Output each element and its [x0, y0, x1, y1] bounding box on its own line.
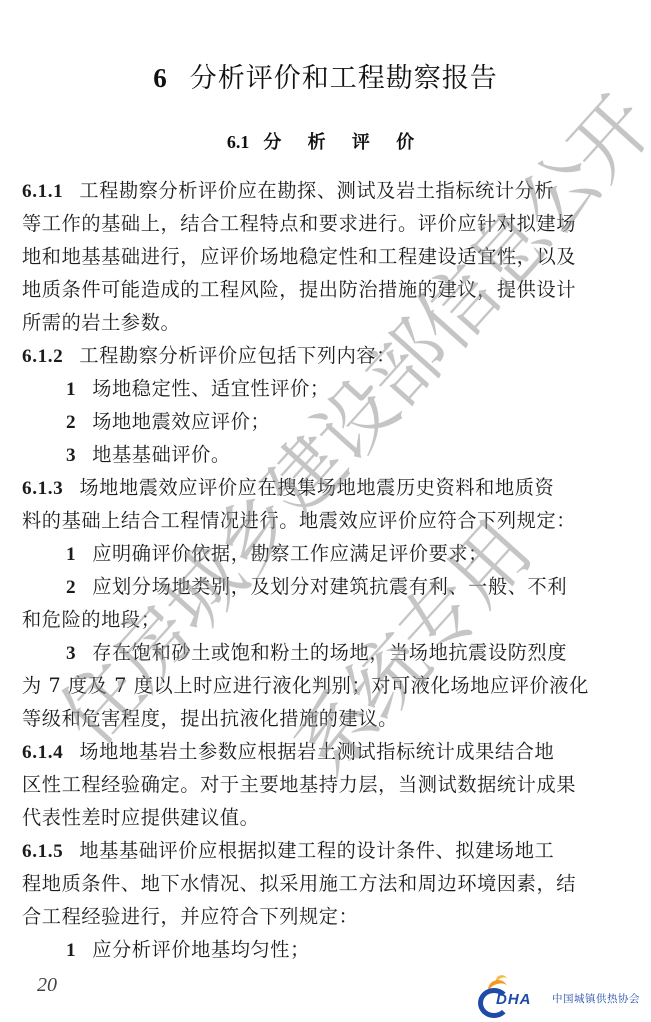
clause-line: 程地质条件、地下水情况、拟采用施工方法和周边环境因素，结: [22, 867, 630, 900]
item-number: 2: [66, 412, 76, 433]
clause-line: 所需的岩土参数。: [22, 306, 630, 339]
clause-line: 地质条件可能造成的工程风险，提出防治措施的建议，提供设计: [22, 273, 630, 306]
document-body: 6.1.1工程勘察分析评价应在勘探、测试及岩土指标统计分析 等工作的基础上，结合…: [22, 174, 630, 966]
list-item: 3地基基础评价。: [22, 438, 630, 471]
clause-6-1-2: 6.1.2工程勘察分析评价应包括下列内容： 1场地稳定性、适宜性评价； 2场地地…: [22, 339, 630, 471]
clause-line: 等工作的基础上，结合工程特点和要求进行。评价应针对拟建场: [22, 207, 630, 240]
item-number: 1: [66, 940, 76, 961]
clause-6-1-1: 6.1.1工程勘察分析评价应在勘探、测试及岩土指标统计分析 等工作的基础上，结合…: [22, 174, 630, 339]
item-text: 场地稳定性、适宜性评价；: [92, 377, 329, 400]
clause-line: 地和地基基础进行，应评价场地稳定性和工程建设适宜性，以及: [22, 240, 630, 273]
item-number: 3: [66, 643, 76, 664]
clause-text: 工程勘察分析评价应在勘探、测试及岩土指标统计分析: [79, 179, 554, 202]
item-continuation: 等级和危害程度，提出抗液化措施的建议。: [22, 702, 630, 735]
page-number: 20: [37, 974, 57, 997]
item-number: 2: [66, 577, 76, 598]
dha-logo-icon: DHA: [476, 974, 546, 1010]
item-number: 1: [66, 544, 76, 565]
list-item: 2场地地震效应评价；: [22, 405, 630, 438]
section-title: 6.1分 析 评 价: [0, 128, 651, 154]
item-text: 场地地震效应评价；: [92, 410, 270, 433]
item-number: 3: [66, 445, 76, 466]
list-item: 1应明确评价依据，勘察工作应满足评价要求；: [22, 537, 630, 570]
chapter-title-text: 分析评价和工程勘察报告: [190, 63, 498, 94]
clause-line: 区性工程经验确定。对于主要地基持力层，当测试数据统计成果: [22, 768, 630, 801]
clause-line: 6.1.5地基基础评价应根据拟建工程的设计条件、拟建场地工: [22, 834, 630, 867]
clause-line: 合工程经验进行，并应符合下列规定：: [22, 900, 630, 933]
item-text: 应分析评价地基均匀性；: [92, 938, 310, 961]
clause-line: 6.1.2工程勘察分析评价应包括下列内容：: [22, 339, 630, 372]
chapter-number: 6: [153, 63, 168, 93]
list-item: 3存在饱和砂土或饱和粉土的场地，当场地抗震设防烈度: [22, 636, 630, 669]
item-text: 应明确评价依据，勘察工作应满足评价要求；: [92, 542, 488, 565]
clause-line: 6.1.3场地地震效应评价应在搜集场地地震历史资料和地质资: [22, 471, 630, 504]
clause-6-1-5: 6.1.5地基基础评价应根据拟建工程的设计条件、拟建场地工 程地质条件、地下水情…: [22, 834, 630, 966]
document-page: 6分析评价和工程勘察报告 6.1分 析 评 价 6.1.1工程勘察分析评价应在勘…: [0, 0, 651, 1022]
clause-text: 场地地震效应评价应在搜集场地地震历史资料和地质资: [79, 476, 554, 499]
clause-line: 料的基础上结合工程情况进行。地震效应评价应符合下列规定：: [22, 504, 630, 537]
clause-line: 代表性差时应提供建议值。: [22, 801, 630, 834]
clause-number: 6.1.2: [22, 346, 63, 367]
clause-number: 6.1.1: [22, 181, 63, 202]
item-continuation: 为 7 度及 7 度以上时应进行液化判别；对可液化场地应评价液化: [22, 669, 630, 702]
clause-line: 6.1.4场地地基岩土参数应根据岩土测试指标统计成果结合地: [22, 735, 630, 768]
clause-text: 地基基础评价应根据拟建工程的设计条件、拟建场地工: [79, 839, 554, 862]
item-number: 1: [66, 379, 76, 400]
list-item: 1应分析评价地基均匀性；: [22, 933, 630, 966]
logo-organization-name: 中国城镇供热协会: [552, 991, 640, 1006]
item-text: 地基基础评价。: [92, 443, 231, 466]
clause-line: 6.1.1工程勘察分析评价应在勘探、测试及岩土指标统计分析: [22, 174, 630, 207]
chapter-title: 6分析评价和工程勘察报告: [0, 56, 651, 95]
list-item: 2应划分场地类别，及划分对建筑抗震有利、一般、不利: [22, 570, 630, 603]
list-item: 1场地稳定性、适宜性评价；: [22, 372, 630, 405]
clause-text: 场地地基岩土参数应根据岩土测试指标统计成果结合地: [79, 740, 554, 763]
item-continuation: 和危险的地段；: [22, 603, 630, 636]
clause-number: 6.1.5: [22, 841, 63, 862]
clause-6-1-4: 6.1.4场地地基岩土参数应根据岩土测试指标统计成果结合地 区性工程经验确定。对…: [22, 735, 630, 834]
item-text: 应划分场地类别，及划分对建筑抗震有利、一般、不利: [92, 575, 567, 598]
clause-text: 工程勘察分析评价应包括下列内容：: [79, 344, 396, 367]
section-title-text: 分 析 评 价: [263, 132, 424, 153]
clause-number: 6.1.3: [22, 478, 63, 499]
section-number: 6.1: [227, 132, 250, 152]
item-text: 存在饱和砂土或饱和粉土的场地，当场地抗震设防烈度: [92, 641, 567, 664]
clause-number: 6.1.4: [22, 742, 63, 763]
clause-6-1-3: 6.1.3场地地震效应评价应在搜集场地地震历史资料和地质资 料的基础上结合工程情…: [22, 471, 630, 735]
publisher-logo: DHA 中国城镇供热协会: [476, 972, 640, 1012]
logo-letters: DHA: [496, 991, 532, 1008]
